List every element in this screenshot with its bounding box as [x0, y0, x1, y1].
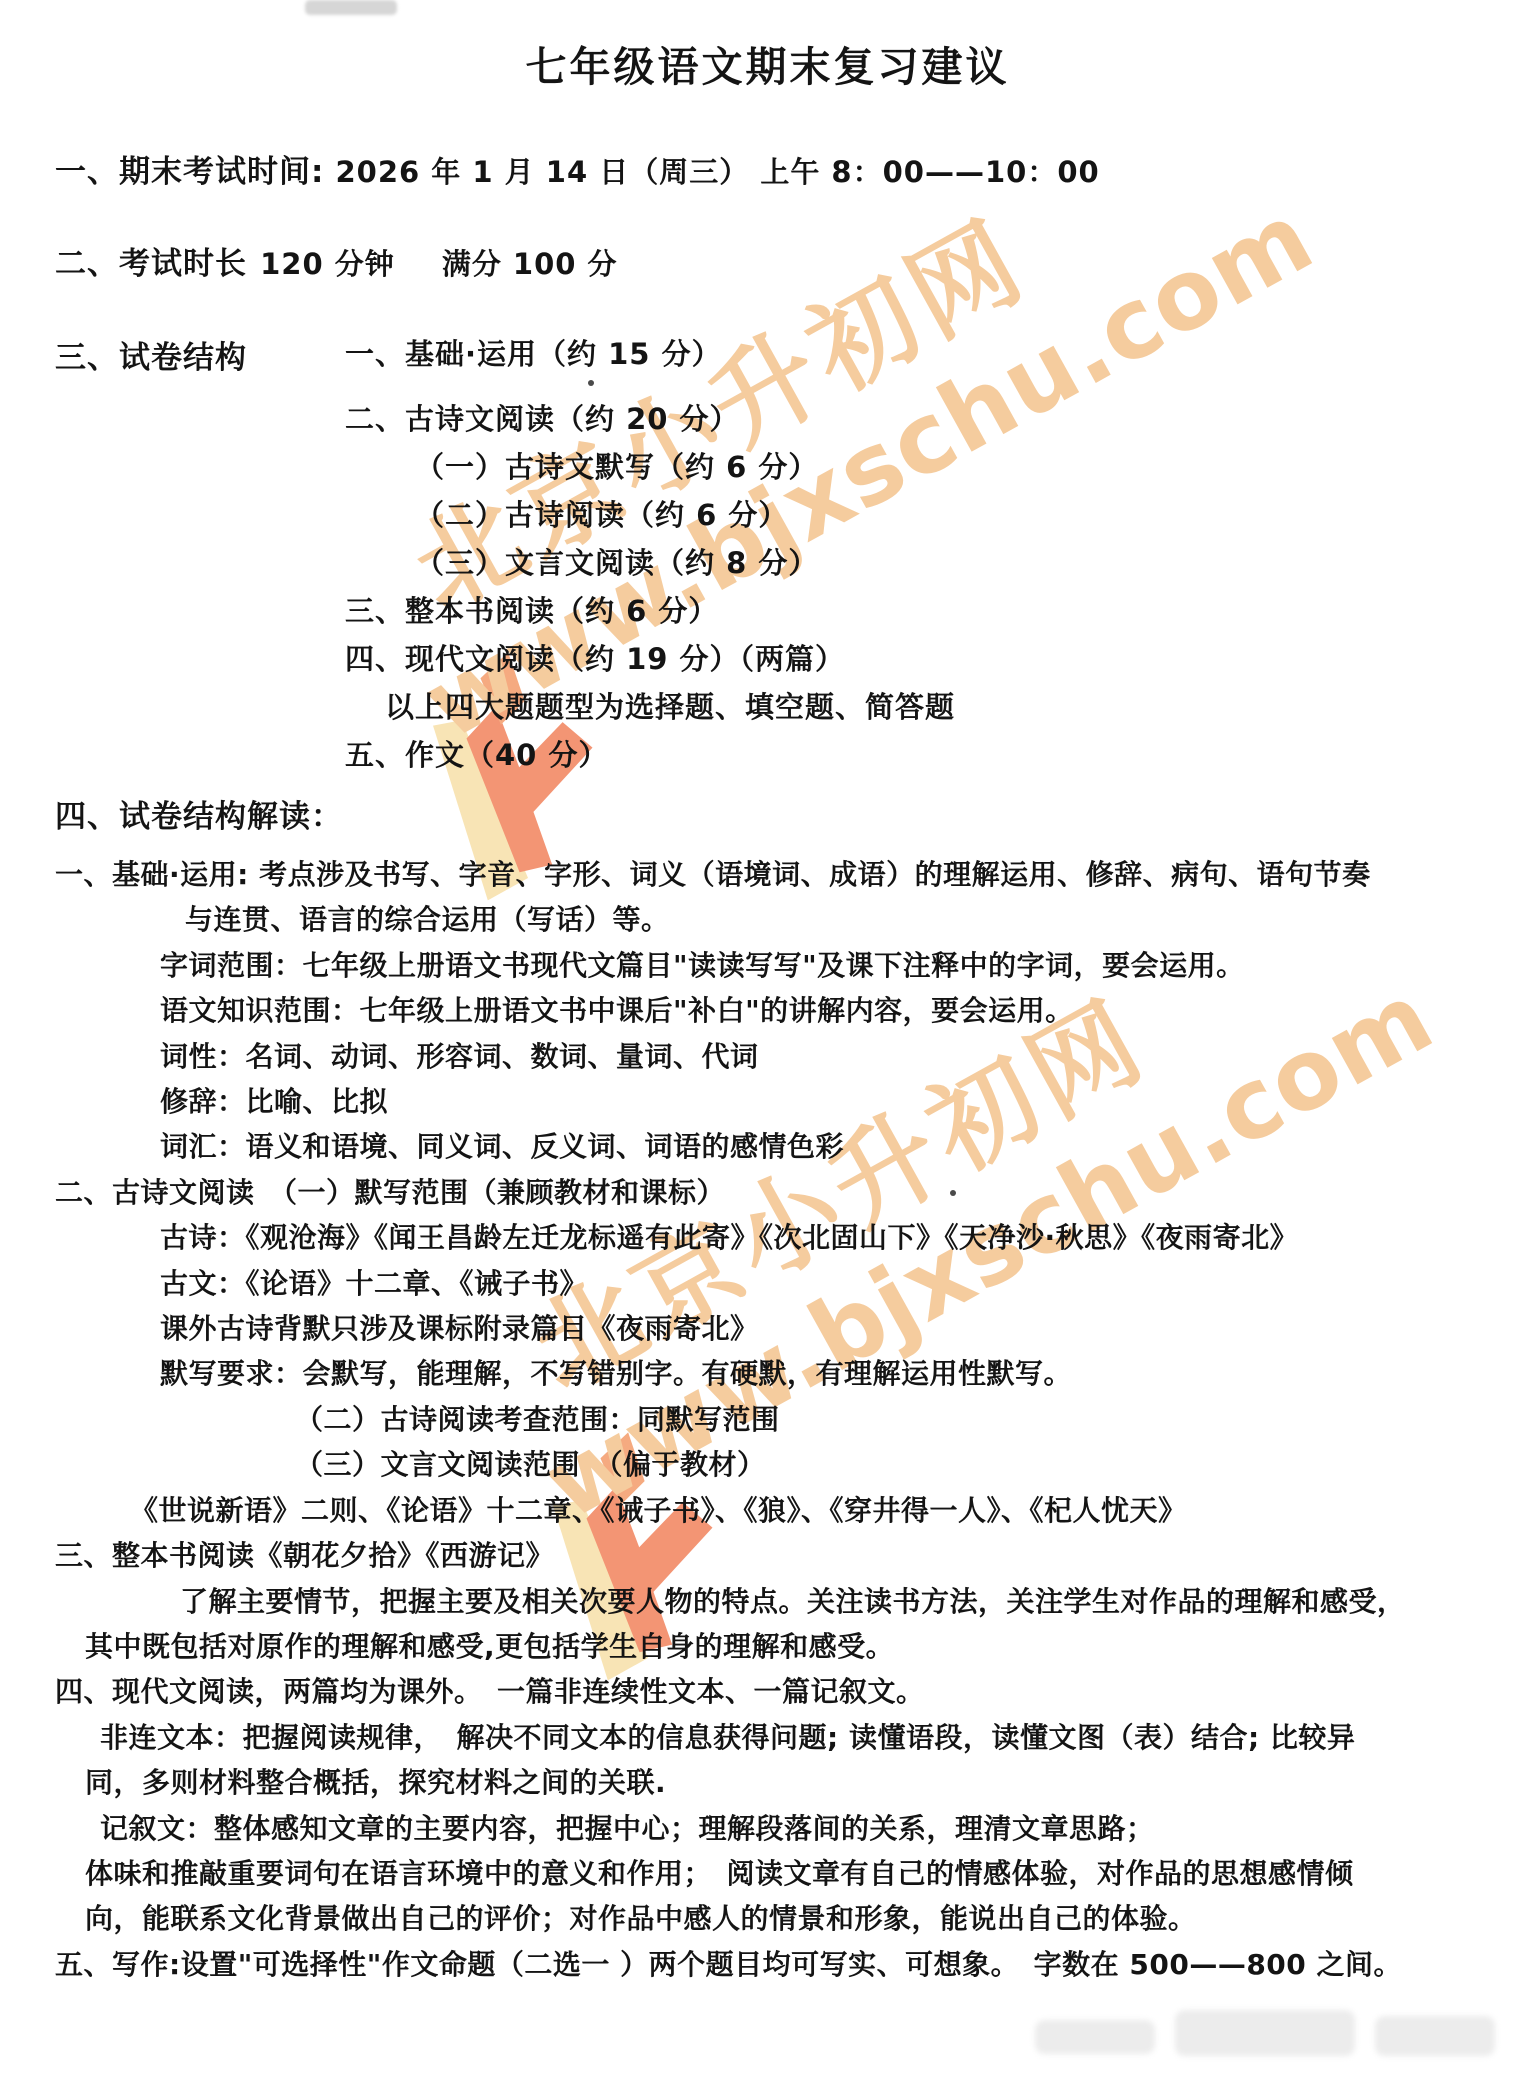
body-line: 语文知识范围：七年级上册语文书中课后"补白"的讲解内容，要会运用。 — [160, 988, 1515, 1033]
body-line: （二）古诗阅读考查范围：同默写范围 — [295, 1397, 1515, 1442]
structure-item: 三、整本书阅读（约 6 分） — [345, 587, 955, 635]
body-line: 其中既包括对原作的理解和感受,更包括学生自身的理解和感受。 — [85, 1624, 1515, 1669]
interpretation-heading: 四、试卷结构解读： — [55, 791, 343, 836]
exam-time-line: 一、期末考试时间: 2026 年 1 月 14 日（周三） 上午 8：00——1… — [55, 146, 1100, 191]
body-line: 古诗：《观沧海》《闻王昌龄左迁龙标遥有此寄》《次北固山下》《天净沙·秋思》《夜雨… — [160, 1215, 1515, 1260]
interpretation-body: 一、基础·运用: 考点涉及书写、字音、字形、词义（语境词、成语）的理解运用、修辞… — [55, 852, 1515, 1987]
paper-structure-list: 一、基础·运用（约 15 分） 二、古诗文阅读（约 20 分） （一）古诗文默写… — [345, 330, 955, 779]
structure-section-label: 三、试卷结构 — [55, 332, 247, 377]
body-line: 体味和推敲重要词句在语言环境中的意义和作用； 阅读文章有自己的情感体验，对作品的… — [85, 1851, 1515, 1896]
body-line: 字词范围：七年级上册语文书现代文篇目"读读写写"及课下注释中的字词，要会运用。 — [160, 943, 1515, 988]
body-line: 修辞：比喻、比拟 — [160, 1079, 1515, 1124]
body-line: 非连文本：把握阅读规律， 解决不同文本的信息获得问题; 读懂语段，读懂文图（表）… — [100, 1715, 1515, 1760]
structure-item: （二）古诗阅读（约 6 分） — [415, 491, 955, 539]
body-line: 三、整本书阅读《朝花夕拾》《西游记》 — [55, 1533, 1515, 1578]
body-line: 《世说新语》二则、《论语》十二章、《诫子书》、《狼》、《穿井得一人》、《杞人忧天… — [130, 1488, 1515, 1533]
structure-item: （一）古诗文默写（约 6 分） — [415, 443, 955, 491]
body-line: 一、基础·运用: 考点涉及书写、字音、字形、词义（语境词、成语）的理解运用、修辞… — [55, 852, 1515, 897]
body-line: 默写要求：会默写，能理解，不写错别字。有硬默，有理解运用性默写。 — [160, 1351, 1515, 1396]
exam-hours: 上午 8：00——10：00 — [760, 155, 1099, 189]
scan-artifact-dot — [950, 1190, 956, 1196]
scan-artifact-bottom-ghost — [1035, 2002, 1500, 2072]
structure-item: 四、现代文阅读（约 19 分）（两篇） — [345, 635, 955, 683]
body-line: （三）文言文阅读范围 （偏于教材） — [295, 1442, 1515, 1487]
structure-item: 一、基础·运用（约 15 分） — [345, 330, 955, 378]
duration-label: 二、考试时长 — [55, 246, 247, 282]
scan-artifact-dot — [588, 380, 594, 386]
body-line: 与连贯、语言的综合运用（写话）等。 — [185, 897, 1515, 942]
scan-artifact-top-smudge — [305, 0, 397, 15]
body-line: 二、古诗文阅读 （一）默写范围（兼顾教材和课标） — [55, 1170, 1515, 1215]
structure-item: 五、作文（40 分） — [345, 731, 955, 779]
structure-item: （三）文言文阅读（约 8 分） — [415, 539, 955, 587]
body-line: 同，多则材料整合概括，探究材料之间的关联. — [85, 1760, 1515, 1805]
structure-item: 二、古诗文阅读（约 20 分） — [345, 395, 955, 443]
duration-value: 120 分钟 — [260, 247, 395, 281]
body-line: 记叙文：整体感知文章的主要内容，把握中心；理解段落间的关系，理清文章思路； — [100, 1806, 1515, 1851]
body-line: 四、现代文阅读，两篇均为课外。 一篇非连续性文本、一篇记叙文。 — [55, 1669, 1515, 1714]
exam-time-label: 一、期末考试时间: — [55, 154, 324, 190]
body-line: 了解主要情节，把握主要及相关次要人物的特点。关注读书方法，关注学生对作品的理解和… — [180, 1579, 1515, 1624]
document-page: 北京小升初网 www.bjxschu.com 北京小升初网 www.bjxsch… — [0, 0, 1535, 2092]
body-line: 课外古诗背默只涉及课标附录篇目《夜雨寄北》 — [160, 1306, 1515, 1351]
exam-date: 2026 年 1 月 14 日（周三） — [336, 155, 750, 189]
full-score: 满分 100 分 — [442, 247, 618, 281]
body-line: 词性：名词、动词、形容词、数词、量词、代词 — [160, 1034, 1515, 1079]
structure-item: 以上四大题题型为选择题、填空题、简答题 — [385, 683, 955, 731]
body-line: 向，能联系文化背景做出自己的评价；对作品中感人的情景和形象，能说出自己的体验。 — [85, 1896, 1515, 1941]
body-line: 古文：《论语》十二章、《诫子书》 — [160, 1261, 1515, 1306]
exam-duration-line: 二、考试时长 120 分钟 满分 100 分 — [55, 238, 618, 283]
body-line: 五、写作:设置"可选择性"作文命题（二选一 ）两个题目均可写实、可想象。 字数在… — [55, 1942, 1515, 1987]
page-title: 七年级语文期末复习建议 — [0, 34, 1535, 93]
body-line: 词汇：语义和语境、同义词、反义词、词语的感情色彩 — [160, 1124, 1515, 1169]
